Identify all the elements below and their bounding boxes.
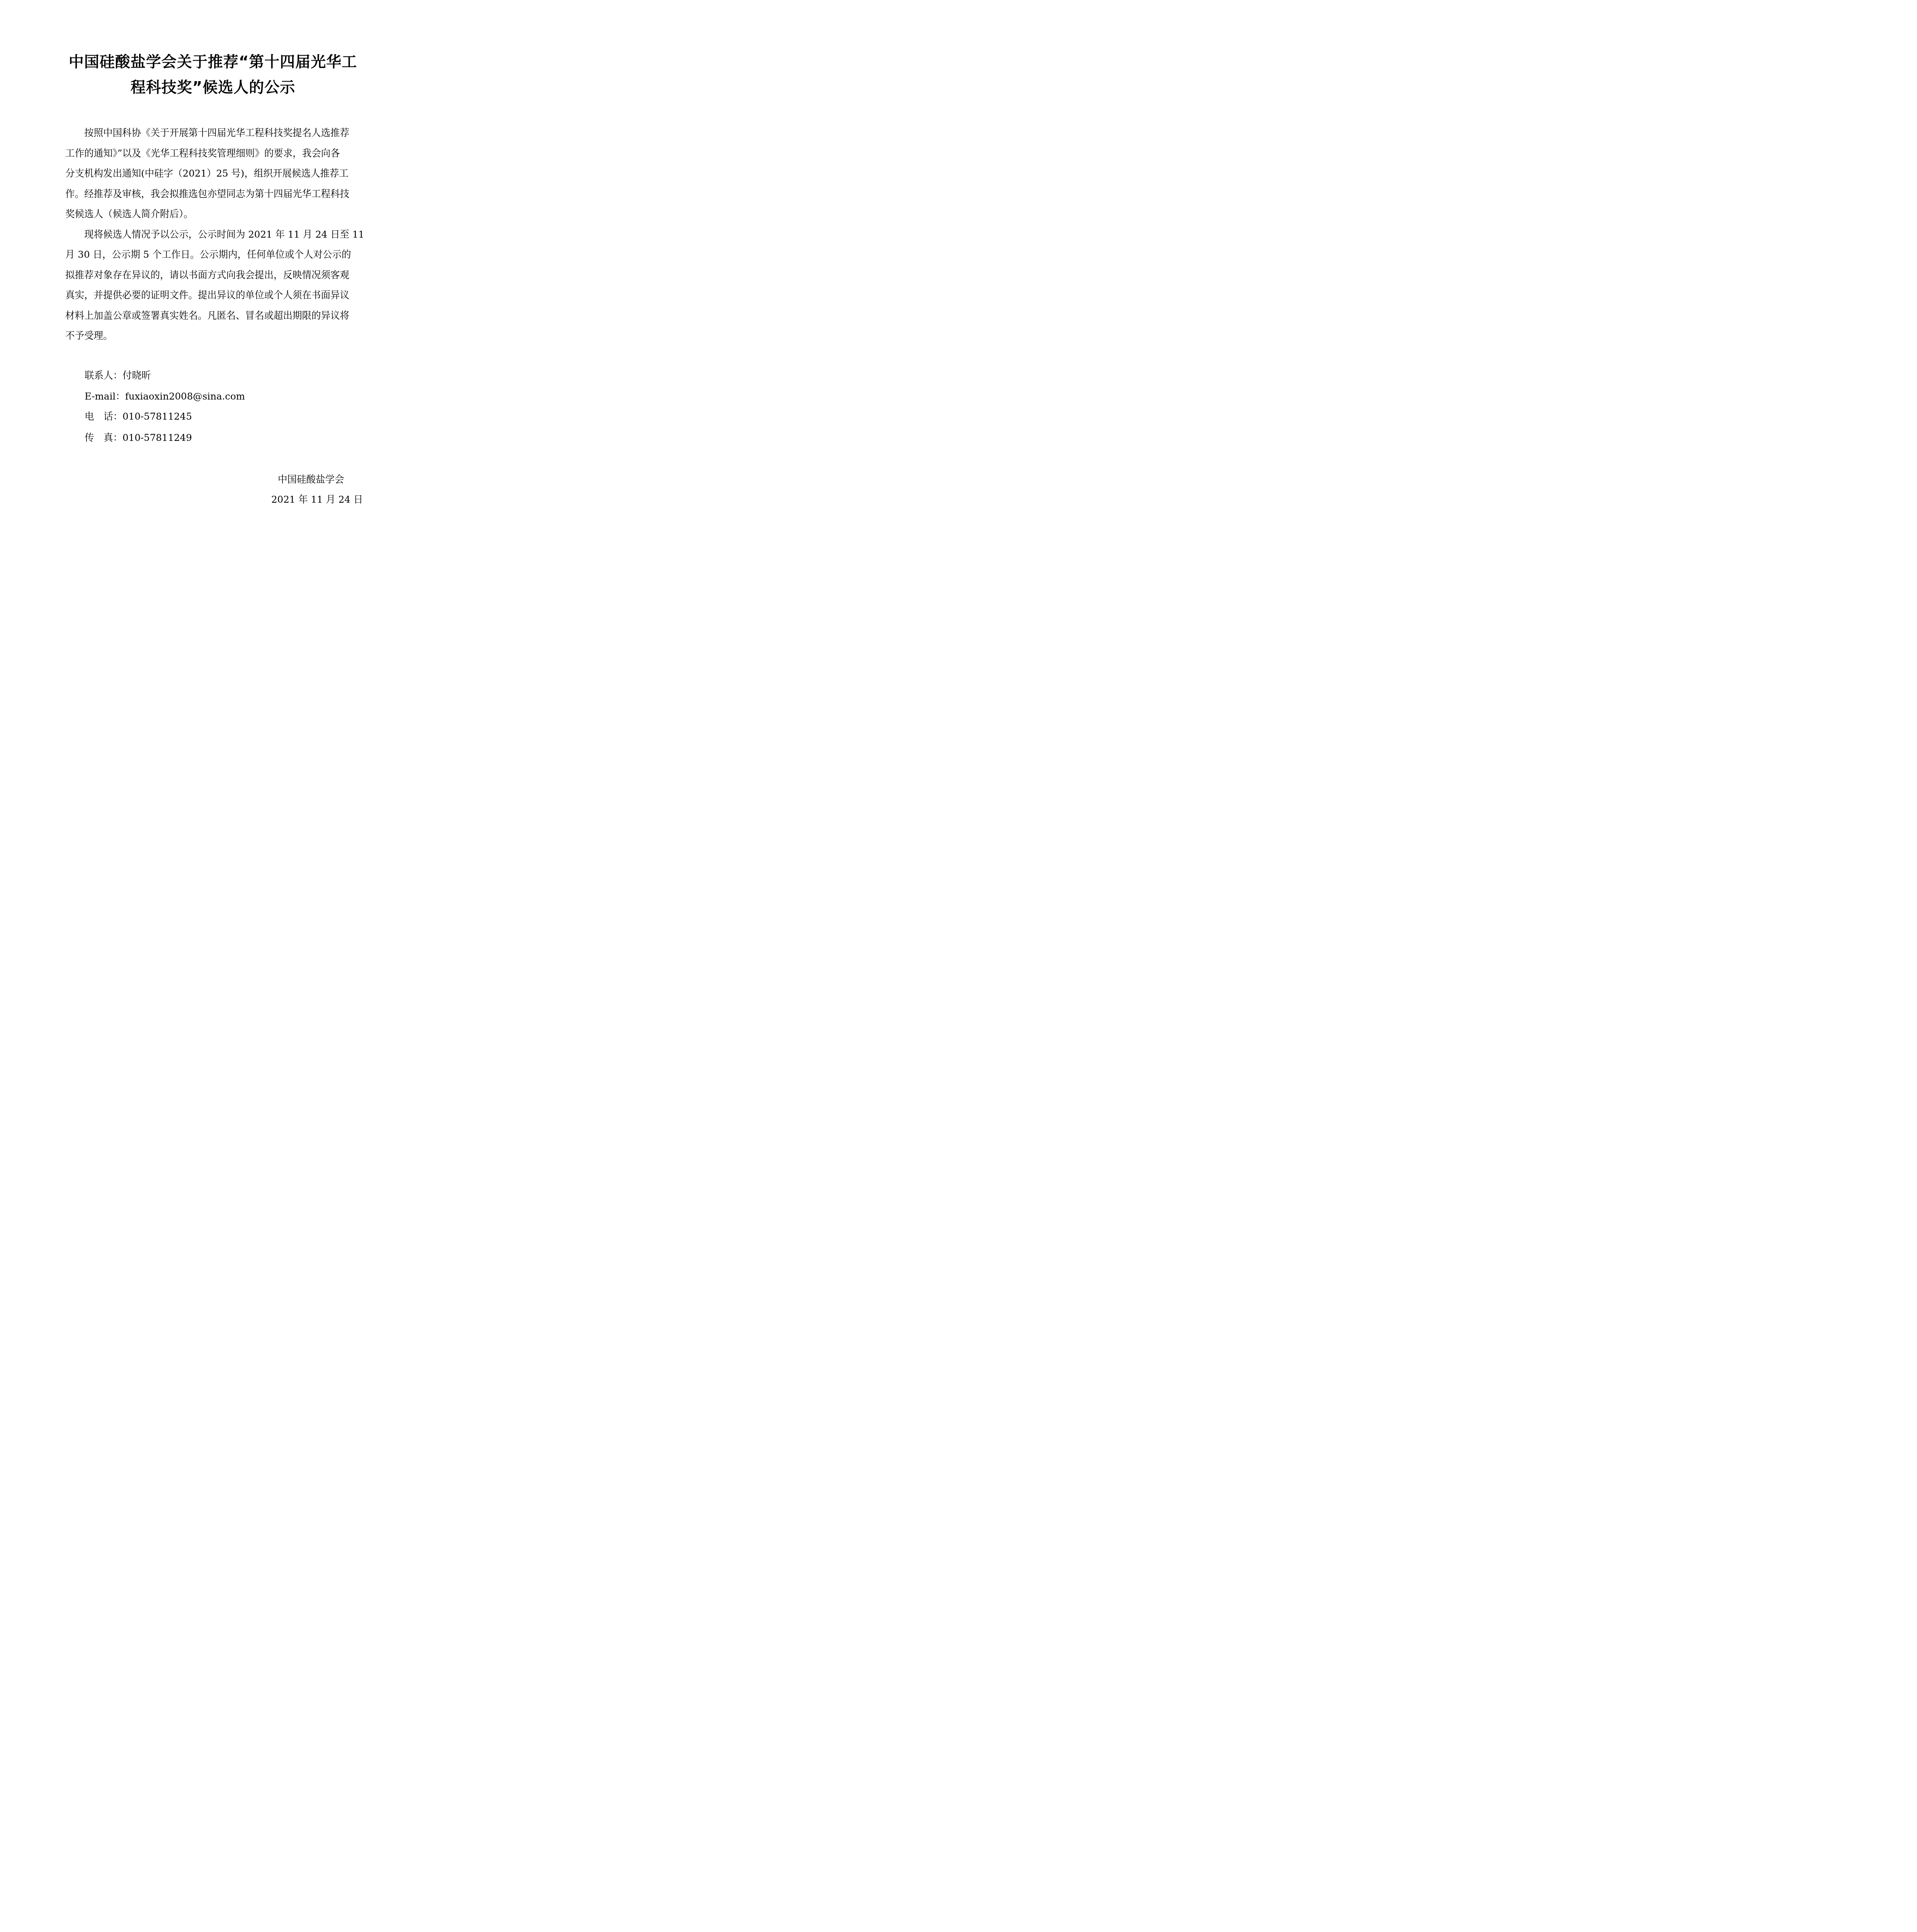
contact-person-name: 付晓昕 [122,370,151,381]
title-line-2: 程科技奖”候选人的公示 [62,75,364,100]
paragraph-recommendation: 按照中国科协《关于开展第十四届光华工程科技奖提名人选推荐 工作的通知》”以及《光… [65,123,365,224]
contact-fax-row: 传 真：010-57811249 [85,430,192,444]
phone-number: 010-57811245 [122,411,192,422]
text-line: 真实，并提供必要的证明文件。提出异议的单位或个人须在书面异议 [46,285,365,306]
text-line: 现将候选人情况予以公示，公示时间为 2021 年 11 月 24 日至 11 [65,224,365,245]
contact-person-label: 联系人： [85,370,122,381]
contact-email-row: E-mail：fuxiaoxin2008@sina.com [85,389,245,403]
text-line: 作。经推荐及审核，我会拟推选包亦望同志为第十四届光华工程科技 [46,184,365,204]
email-address-link[interactable]: fuxiaoxin2008@sina.com [125,391,245,402]
paragraph-publicity-notice: 现将候选人情况予以公示，公示时间为 2021 年 11 月 24 日至 11 月… [65,224,365,346]
text-line: 分支机构发出通知(中硅字（2021）25 号)，组织开展候选人推荐工 [46,163,365,184]
fax-number: 010-57811249 [122,432,192,443]
signature-organization: 中国硅酸盐学会 [278,472,344,486]
text-line: 奖候选人（候选人简介附后）。 [46,204,365,224]
contact-phone-row: 电 话：010-57811245 [85,409,192,423]
contact-person-row: 联系人：付晓昕 [85,368,151,382]
document-body: 按照中国科协《关于开展第十四届光华工程科技奖提名人选推荐 工作的通知》”以及《光… [65,123,365,346]
fax-label: 传 真： [85,432,122,443]
document-page: 中国硅酸盐学会关于推荐“第十四届光华工 程科技奖”候选人的公示 按照中国科协《关… [0,0,426,602]
text-line: 不予受理。 [46,326,365,346]
title-line-1: 中国硅酸盐学会关于推荐“第十四届光华工 [62,49,364,75]
phone-label: 电 话： [85,411,122,422]
text-line: 材料上加盖公章或签署真实姓名。凡匿名、冒名或超出期限的异议将 [46,306,365,326]
text-line: 拟推荐对象存在异议的，请以书面方式向我会提出，反映情况须客观 [46,265,365,286]
document-title: 中国硅酸盐学会关于推荐“第十四届光华工 程科技奖”候选人的公示 [62,49,364,100]
signature-date: 2021 年 11 月 24 日 [271,492,363,506]
text-line: 按照中国科协《关于开展第十四届光华工程科技奖提名人选推荐 [65,123,365,143]
text-line: 工作的通知》”以及《光华工程科技奖管理细则》的要求，我会向各 [46,143,365,164]
email-label: E-mail： [85,391,125,402]
text-line: 月 30 日，公示期 5 个工作日。公示期内，任何单位或个人对公示的 [46,245,365,265]
